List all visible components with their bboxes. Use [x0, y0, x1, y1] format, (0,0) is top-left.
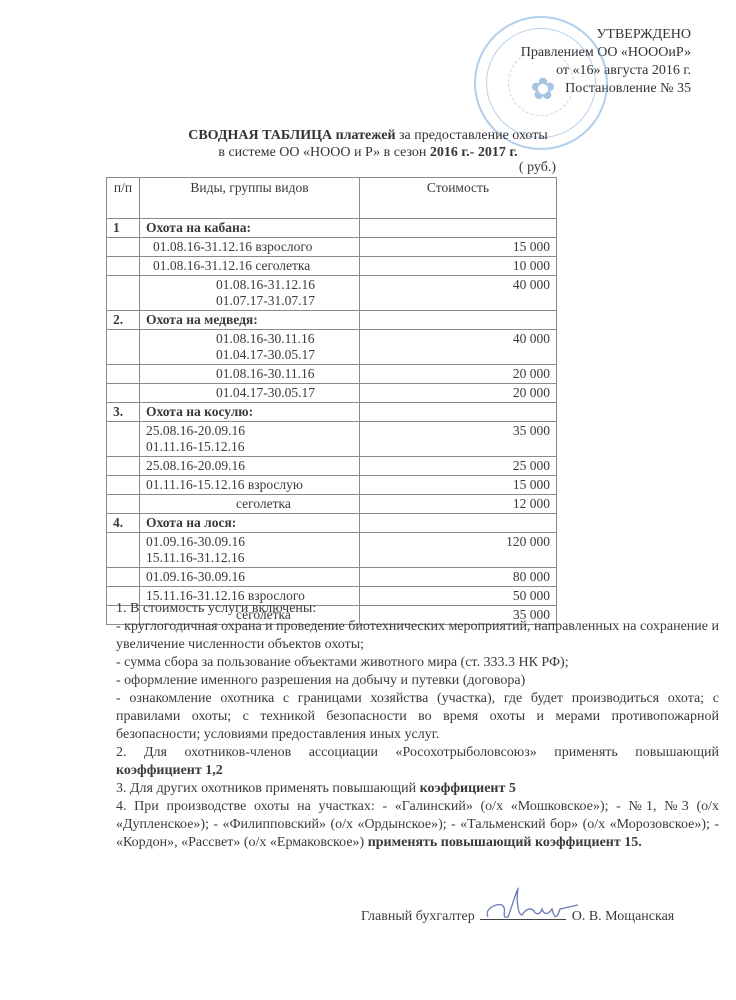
- document-title: СВОДНАЯ ТАБЛИЦА платежей за предоставлен…: [0, 127, 736, 161]
- row-period: 01.09.16-30.09.1615.11.16-31.12.16: [140, 533, 360, 568]
- row-number-empty: [107, 238, 140, 257]
- row-number-empty: [107, 422, 140, 457]
- note-1-title: 1. В стоимость услуги включены:: [116, 600, 719, 618]
- row-cost: 40 000: [360, 276, 557, 311]
- note-2-coefficient: коэффициент 1,2: [116, 763, 223, 778]
- row-number-empty: [107, 533, 140, 568]
- note-1-item: - сумма сбора за пользование объектами ж…: [116, 654, 719, 672]
- period: 01.08.16-30.11.16: [216, 366, 353, 382]
- row-period: 01.08.16-31.12.16 сеголетка: [140, 257, 360, 276]
- note-1-item: - оформление именного разрешения на добы…: [116, 672, 719, 690]
- row-cost: 15 000: [360, 238, 557, 257]
- row-period: 01.08.16-31.12.16 взрослого: [140, 238, 360, 257]
- row-number-empty: [107, 457, 140, 476]
- row-period: 01.08.16-31.12.1601.07.17-31.07.17: [140, 276, 360, 311]
- note-3-coefficient: коэффициент 5: [420, 781, 516, 796]
- note-4-coefficient: применять повышающий коэффициент 15.: [368, 835, 642, 850]
- emblem-icon: ✿: [526, 70, 560, 110]
- period: 01.09.16-30.09.16: [146, 569, 353, 585]
- group-title: Охота на кабана:: [140, 219, 360, 238]
- row-number-empty: [107, 365, 140, 384]
- note-3: 3. Для других охотников применять повыша…: [116, 780, 719, 798]
- table-header-row: п/п Виды, группы видов Стоимость: [107, 178, 557, 219]
- row-cost: 25 000: [360, 457, 557, 476]
- handwritten-signature-icon: [482, 887, 582, 927]
- group-title: Охота на медведя:: [140, 311, 360, 330]
- group-cost-empty: [360, 219, 557, 238]
- period: 01.11.16-15.12.16 взрослую: [146, 477, 353, 493]
- title-bold-2: платежей: [336, 128, 396, 143]
- table-row: 01.04.17-30.05.1720 000: [107, 384, 557, 403]
- table-row: сеголетка12 000: [107, 495, 557, 514]
- title-bold: СВОДНАЯ ТАБЛИЦА: [188, 128, 332, 143]
- group-title: Охота на косулю:: [140, 403, 360, 422]
- row-cost: 120 000: [360, 533, 557, 568]
- table-row: 01.08.16-31.12.1601.07.17-31.07.1740 000: [107, 276, 557, 311]
- row-number-empty: [107, 476, 140, 495]
- group-title: Охота на лося:: [140, 514, 360, 533]
- row-cost: 80 000: [360, 568, 557, 587]
- row-cost: 10 000: [360, 257, 557, 276]
- period: 01.04.17-30.05.17: [216, 385, 353, 401]
- title-season: 2016 г.- 2017 г.: [430, 145, 518, 160]
- table-group-row: 4.Охота на лося:: [107, 514, 557, 533]
- table-group-row: 3.Охота на косулю:: [107, 403, 557, 422]
- period: 01.04.17-30.05.17: [216, 347, 353, 363]
- note-2: 2. Для охотников-членов ассоциации «Росо…: [116, 744, 719, 780]
- table-row: 01.09.16-30.09.1680 000: [107, 568, 557, 587]
- row-cost: 20 000: [360, 365, 557, 384]
- note-4: 4. При производстве охоты на участках: -…: [116, 798, 719, 852]
- table-row: 25.08.16-20.09.1625 000: [107, 457, 557, 476]
- table-group-row: 1Охота на кабана:: [107, 219, 557, 238]
- row-number-empty: [107, 568, 140, 587]
- note-2-text: 2. Для охотников-членов ассоциации «Росо…: [116, 745, 719, 760]
- title-line2: в системе ОО «НООО и Р» в сезон: [218, 145, 426, 160]
- row-number-empty: [107, 330, 140, 365]
- notes-section: 1. В стоимость услуги включены: - кругло…: [116, 600, 719, 852]
- note-3-text: 3. Для других охотников применять повыша…: [116, 781, 416, 796]
- table-row: 01.08.16-30.11.1601.04.17-30.05.1740 000: [107, 330, 557, 365]
- currency-unit: ( руб.): [519, 160, 556, 176]
- table-row: 01.08.16-31.12.16 сеголетка10 000: [107, 257, 557, 276]
- group-number: 1: [107, 219, 140, 238]
- period: 01.08.16-30.11.16: [216, 331, 353, 347]
- period: сеголетка: [236, 496, 353, 512]
- signer-position: Главный бухгалтер: [361, 909, 475, 924]
- period: 01.11.16-15.12.16: [146, 439, 353, 455]
- row-period: сеголетка: [140, 495, 360, 514]
- header-kinds: Виды, группы видов: [140, 178, 360, 219]
- group-cost-empty: [360, 403, 557, 422]
- period: 15.11.16-31.12.16: [146, 550, 353, 566]
- table-row: 01.09.16-30.09.1615.11.16-31.12.16120 00…: [107, 533, 557, 568]
- row-number-empty: [107, 495, 140, 514]
- group-number: 2.: [107, 311, 140, 330]
- note-1-item: - круглогодичная охрана и проведение био…: [116, 618, 719, 654]
- table-row: 01.11.16-15.12.16 взрослую15 000: [107, 476, 557, 495]
- table-group-row: 2.Охота на медведя:: [107, 311, 557, 330]
- row-cost: 40 000: [360, 330, 557, 365]
- table-body: 1Охота на кабана:01.08.16-31.12.16 взрос…: [107, 219, 557, 625]
- period: 25.08.16-20.09.16: [146, 423, 353, 439]
- period: 01.08.16-31.12.16 взрослого: [153, 239, 353, 255]
- row-cost: 15 000: [360, 476, 557, 495]
- row-period: 01.09.16-30.09.16: [140, 568, 360, 587]
- row-period: 01.08.16-30.11.1601.04.17-30.05.17: [140, 330, 360, 365]
- row-cost: 20 000: [360, 384, 557, 403]
- signature-line: [480, 905, 566, 920]
- table-row: 01.08.16-31.12.16 взрослого15 000: [107, 238, 557, 257]
- row-cost: 35 000: [360, 422, 557, 457]
- row-cost: 12 000: [360, 495, 557, 514]
- row-number-empty: [107, 384, 140, 403]
- group-number: 4.: [107, 514, 140, 533]
- price-table: п/п Виды, группы видов Стоимость 1Охота …: [106, 177, 557, 625]
- period: 01.08.16-31.12.16 сеголетка: [153, 258, 353, 274]
- period: 25.08.16-20.09.16: [146, 458, 353, 474]
- header-number: п/п: [107, 178, 140, 219]
- group-cost-empty: [360, 514, 557, 533]
- group-cost-empty: [360, 311, 557, 330]
- signature-block: Главный бухгалтер О. В. Мощанская: [361, 905, 674, 925]
- signer-name: О. В. Мощанская: [572, 909, 675, 924]
- group-number: 3.: [107, 403, 140, 422]
- row-number-empty: [107, 276, 140, 311]
- row-number-empty: [107, 257, 140, 276]
- header-cost: Стоимость: [360, 178, 557, 219]
- row-period: 01.08.16-30.11.16: [140, 365, 360, 384]
- table-row: 01.08.16-30.11.1620 000: [107, 365, 557, 384]
- row-period: 01.11.16-15.12.16 взрослую: [140, 476, 360, 495]
- period: 01.09.16-30.09.16: [146, 534, 353, 550]
- row-period: 01.04.17-30.05.17: [140, 384, 360, 403]
- period: 01.08.16-31.12.16: [216, 277, 353, 293]
- period: 01.07.17-31.07.17: [216, 293, 353, 309]
- row-period: 25.08.16-20.09.1601.11.16-15.12.16: [140, 422, 360, 457]
- note-1-item: - ознакомление охотника с границами хозя…: [116, 690, 719, 744]
- table-row: 25.08.16-20.09.1601.11.16-15.12.1635 000: [107, 422, 557, 457]
- title-rest: за предоставление охоты: [399, 128, 548, 143]
- row-period: 25.08.16-20.09.16: [140, 457, 360, 476]
